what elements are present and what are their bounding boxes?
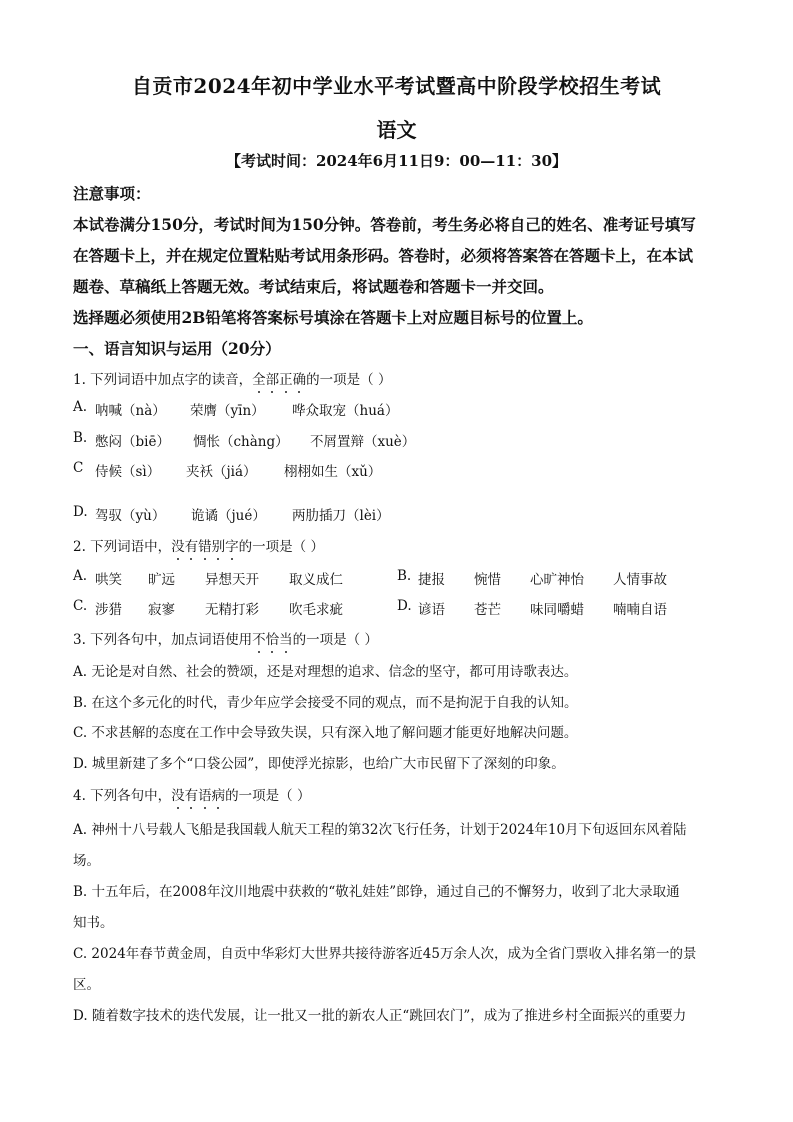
emphasis-dotted: 没有错别字 bbox=[171, 539, 239, 555]
question-4-option-d: D. 随着数字技术的迭代发展，让一批又一批的新农人正“跳回农门”，成为了推进乡村… bbox=[73, 1004, 686, 1024]
question-3-option-c: C. 不求甚解的态度在工作中会导致失误，只有深入地了解问题才能更好地解决问题。 bbox=[73, 721, 577, 741]
question-4-option-b-cont: 知书。 bbox=[73, 911, 114, 931]
question-4-stem: 4. 下列各句中，没有语病的一项是（ ） bbox=[73, 784, 310, 804]
subject-title: 语文 bbox=[0, 114, 793, 143]
section-heading: 一、语言知识与运用（20分） bbox=[73, 337, 281, 359]
question-3-stem: 3. 下列各句中，加点词语使用不恰当的一项是（ ） bbox=[73, 628, 378, 648]
exam-time: 【考试时间：2024年6月11日9：00—11：30】 bbox=[0, 150, 793, 171]
question-4-option-a-cont: 场。 bbox=[73, 849, 100, 869]
question-3-option-a: A. 无论是对自然、社会的赞颂，还是对理想的追求、信念的坚守，都可用诗歌表达。 bbox=[73, 660, 577, 680]
exam-title: 自贡市2024年初中学业水平考试暨高中阶段学校招生考试 bbox=[0, 70, 793, 99]
notice-line: 选择题必须使用2B铅笔将答案标号填涂在答题卡上对应题目标号的位置上。 bbox=[73, 306, 593, 328]
exam-page: 自贡市2024年初中学业水平考试暨高中阶段学校招生考试 语文 【考试时间：202… bbox=[0, 0, 793, 1122]
emphasis-dotted: 全部正确 bbox=[252, 372, 306, 388]
question-1-stem: 1. 下列词语中加点字的读音，全部正确的一项是（ ） bbox=[73, 368, 391, 388]
question-4-option-b: B. 十五年后，在2008年汶川地震中获救的“敬礼娃娃”郎铮，通过自己的不懈努力… bbox=[73, 880, 680, 900]
question-3-option-b: B. 在这个多元化的时代，青少年应学会接受不同的观点，而不是拘泥于自我的认知。 bbox=[73, 691, 578, 711]
notice-line: 在答题卡上，并在规定位置粘贴考试用条形码。答卷时，必须将答案答在答题卡上，在本试 bbox=[73, 244, 693, 266]
notice-line: 题卷、草稿纸上答题无效。考试结束后，将试题卷和答题卡一并交回。 bbox=[73, 275, 554, 297]
question-4-option-c-cont: 区。 bbox=[73, 973, 100, 993]
question-4-option-a: A. 神州十八号载人飞船是我国载人航天工程的第32次飞行任务，计划于2024年1… bbox=[73, 818, 687, 838]
question-3-option-d: D. 城里新建了多个“口袋公园”，即使浮光掠影，也给广大市民留下了深刻的印象。 bbox=[73, 752, 565, 772]
question-4-option-c: C. 2024年春节黄金周，自贡中华彩灯大世界共接待游客近45万余人次，成为全省… bbox=[73, 942, 696, 962]
emphasis-dotted: 不恰当 bbox=[252, 632, 293, 648]
emphasis-dotted: 没有语病 bbox=[171, 788, 225, 804]
notice-heading: 注意事项： bbox=[73, 182, 151, 204]
notice-line: 本试卷满分150分，考试时间为150分钟。答卷前，考生务必将自己的姓名、准考证号… bbox=[73, 213, 696, 235]
question-2-stem: 2. 下列词语中，没有错别字的一项是（ ） bbox=[73, 535, 324, 555]
